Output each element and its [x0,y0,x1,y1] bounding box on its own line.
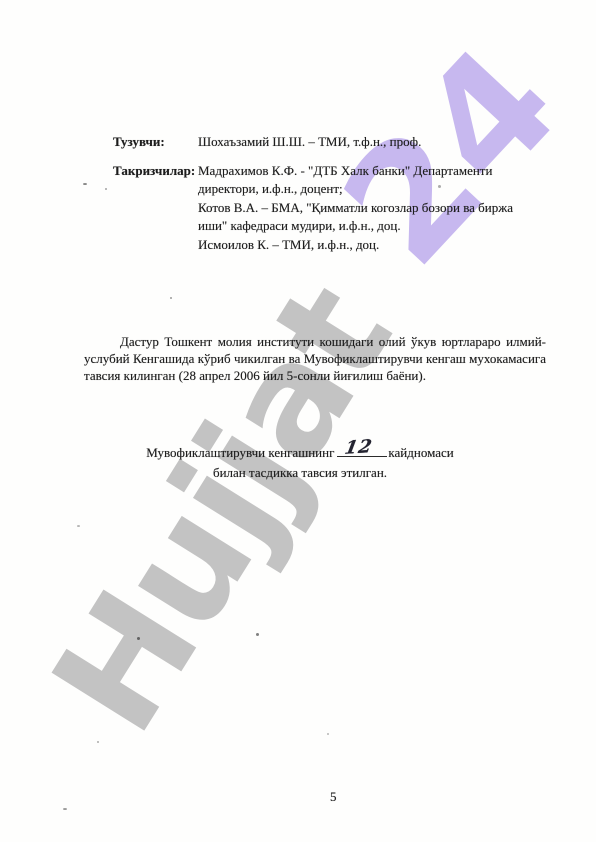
page-content: Тузувчи: Шохаъзамий Ш.Ш. – ТМИ, т.ф.н., … [0,0,596,842]
reviewer-line: директори, и.ф.н., доцент; [198,180,558,199]
protocol-prefix: Мувофиклаштирувчи кенгашнинг [146,445,334,460]
handwritten-protocol-number: 12 [344,438,375,458]
protocol-block: Мувофиклаштирувчи кенгашнинг12кайдномаси… [70,442,530,483]
approval-paragraph: Дастур Тошкент молия институти кошидаги … [84,333,546,384]
reviewer-line: иши" кафедраси мудири, и.ф.н., доц. [198,217,558,236]
reviewers-label: Такризчилар: [113,162,198,181]
protocol-number-blank: 12 [337,442,387,457]
author-label: Тузувчи: [113,133,198,152]
protocol-suffix: кайдномаси [388,445,453,460]
author-value: Шохаъзамий Ш.Ш. – ТМИ, т.ф.н., проф. [198,133,558,152]
reviewers-list: Мадрахимов К.Ф. - "ДТБ Халк банки" Депар… [198,162,558,255]
contributors-block: Тузувчи: Шохаъзамий Ш.Ш. – ТМИ, т.ф.н., … [113,133,558,254]
reviewer-line: Мадрахимов К.Ф. - "ДТБ Халк банки" Депар… [198,162,558,181]
page-number: 5 [330,789,337,805]
reviewer-line: Исмоилов К. – ТМИ, и.ф.н., доц. [198,236,558,255]
author-row: Тузувчи: Шохаъзамий Ш.Ш. – ТМИ, т.ф.н., … [113,133,558,152]
scanned-document-page: Hujjat 24 Тузувчи: Шохаъзамий Ш.Ш. – ТМИ… [0,0,596,842]
protocol-line-2: билан тасдикка тавсия этилган. [70,463,530,483]
reviewer-line: Котов В.А. – БМА, "Қимматли когозлар боз… [198,199,558,218]
reviewers-row: Такризчилар: Мадрахимов К.Ф. - "ДТБ Халк… [113,162,558,255]
protocol-line-1: Мувофиклаштирувчи кенгашнинг12кайдномаси [70,442,530,463]
